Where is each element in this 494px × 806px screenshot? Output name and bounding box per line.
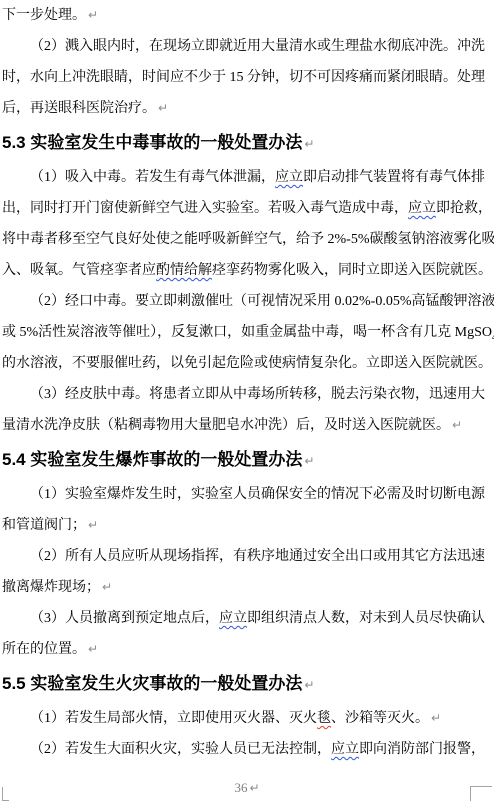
- text-run: 和管道阀门；: [2, 518, 86, 533]
- spelling-flagged-text: 毯: [317, 711, 331, 726]
- paragraph-mark-icon: ↵: [431, 711, 441, 725]
- body-line: （2）若发生大面积火灾，实验人员已无法控制，应立即向消防部门报警，: [2, 734, 492, 765]
- text-run: （2）溅入眼内时，在现场立即就近用大量清水或生理盐水彻底冲洗。冲洗: [30, 39, 485, 54]
- text-run: 5.3 实验室发生中毒事故的一般处置办法: [2, 133, 302, 152]
- text-run: 所在的位置。: [2, 642, 86, 657]
- text-run: 或 5%活性炭溶液等催吐），反复漱口，如重金属盐中毒，喝一杯含有几克 MgSO: [2, 325, 492, 340]
- body-line: （3）经皮肤中毒。将患者立即从中毒场所转移，脱去污染衣物，迅速用大: [2, 379, 492, 410]
- grammar-flagged-text: 应立: [219, 611, 247, 626]
- paragraph-mark-icon: ↵: [249, 781, 259, 795]
- body-line: （1）吸入中毒。若发生有毒气体泄漏，应立即启动排气装置将有毒气体排: [2, 162, 492, 193]
- body-line: 下一步处理。↵: [2, 0, 492, 31]
- body-line: （2）所有人员应听从现场指挥，有秩序地通过安全出口或用其它方法迅速: [2, 541, 492, 572]
- grammar-flagged-text: 应立: [408, 201, 436, 216]
- body-line: 所在的位置。↵: [2, 634, 492, 665]
- text-run: 下一步处理。: [2, 8, 86, 23]
- text-run: （2）经口中毒。要立即刺激催吐（可视情况采用 0.02%-0.05%高锰酸钾溶液: [30, 294, 494, 309]
- text-run: 将中毒者移至空气良好处使之能呼吸新鲜空气，给予 2%-5%碳酸氢钠溶液雾化吸: [2, 232, 494, 247]
- paragraph-mark-icon: ↵: [88, 642, 98, 656]
- text-run: 出，同时打开门窗使新鲜空气进入实验室。若吸入毒气造成中毒，: [2, 201, 408, 216]
- text-run: 撤离爆炸现场；: [2, 580, 100, 595]
- paragraph-mark-icon: ↵: [304, 678, 314, 692]
- text-run: （2）所有人员应听从现场指挥，有秩序地通过安全出口或用其它方法迅速: [30, 549, 485, 564]
- text-boundary-mark-bottom-left: [2, 787, 9, 801]
- text-run: 入、吸氧。气管痉挛者应: [2, 263, 156, 278]
- text-boundary-mark-bottom-right: [470, 786, 492, 801]
- text-run: 即启动排气装置将有毒气体排: [303, 170, 485, 185]
- grammar-flagged-text: 应立: [331, 742, 359, 757]
- body-line: （2）溅入眼内时，在现场立即就近用大量清水或生理盐水彻底冲洗。冲洗: [2, 31, 492, 62]
- body-line: 的水溶液，不要服催吐药，以免引起危险或使病情复杂化。立即送入医院就医。↵: [2, 348, 492, 379]
- text-run: （1）实验室爆炸发生时，实验室人员确保安全的情况下必需及时切断电源: [30, 487, 485, 502]
- document-page[interactable]: 下一步处理。↵（2）溅入眼内时，在现场立即就近用大量清水或生理盐水彻底冲洗。冲洗…: [0, 0, 494, 806]
- body-line: （2）经口中毒。要立即刺激催吐（可视情况采用 0.02%-0.05%高锰酸钾溶液: [2, 286, 492, 317]
- body-line: 时，水向上冲洗眼睛，时间应不少于 15 分钟，切不可因疼痛而紧闭眼睛。处理: [2, 62, 492, 93]
- text-run: 、沙箱等灭火。: [331, 711, 429, 726]
- grammar-flagged-text: 应立: [275, 170, 303, 185]
- body-line: 或 5%活性炭溶液等催吐），反复漱口，如重金属盐中毒，喝一杯含有几克 MgSO4: [2, 317, 492, 348]
- text-run: 即向消防部门报警，: [359, 742, 485, 757]
- paragraph-mark-icon: ↵: [102, 580, 112, 594]
- text-run: （1）若发生局部火情，立即使用灭火器、灭火: [30, 711, 317, 726]
- paragraph-mark-icon: ↵: [452, 418, 462, 432]
- paragraph-mark-icon: ↵: [88, 8, 98, 22]
- text-run: （3）经皮肤中毒。将患者立即从中毒场所转移，脱去污染衣物，迅速用大: [30, 387, 485, 402]
- paragraph-mark-icon: ↵: [88, 518, 98, 532]
- section-heading: 5.3 实验室发生中毒事故的一般处置办法↵: [2, 130, 492, 156]
- text-run: 量清水洗净皮肤（粘稠毒物用大量肥皂水冲洗）后，及时送入医院就医。: [2, 418, 450, 433]
- text-run: 时，水向上冲洗眼睛，时间应不少于 15 分钟，切不可因疼痛而紧闭眼睛。处理: [2, 70, 485, 85]
- text-run: 后，再送眼科医院治疗。: [2, 101, 156, 116]
- body-line: 和管道阀门；↵: [2, 510, 492, 541]
- body-line: （1）若发生局部火情，立即使用灭火器、灭火毯、沙箱等灭火。↵: [2, 703, 492, 734]
- text-run: 即组织清点人数，对未到人员尽快确认: [247, 611, 485, 626]
- text-run: （1）吸入中毒。若发生有毒气体泄漏，: [30, 170, 275, 185]
- paragraph-mark-icon: ↵: [158, 101, 168, 115]
- paragraph-mark-icon: ↵: [304, 137, 314, 151]
- body-line: 后，再送眼科医院治疗。↵: [2, 93, 492, 124]
- text-run: （2）若发生大面积火灾，实验人员已无法控制，: [30, 742, 331, 757]
- body-line: 将中毒者移至空气良好处使之能呼吸新鲜空气，给予 2%-5%碳酸氢钠溶液雾化吸: [2, 224, 492, 255]
- text-run: 5.5 实验室发生火灾事故的一般处置办法: [2, 674, 302, 693]
- section-heading: 5.4 实验室发生爆炸事故的一般处置办法↵: [2, 447, 492, 473]
- body-line: （1）实验室爆炸发生时，实验室人员确保安全的情况下必需及时切断电源: [2, 479, 492, 510]
- section-heading: 5.5 实验室发生火灾事故的一般处置办法↵: [2, 671, 492, 697]
- body-line: （3）人员撤离到预定地点后，应立即组织清点人数，对未到人员尽快确认: [2, 603, 492, 634]
- text-run: 的水溶液，不要服催吐药，以免引起危险或使病情复杂化。立即送入医院就医。: [2, 356, 492, 371]
- text-run: （3）人员撤离到预定地点后，: [30, 611, 219, 626]
- body-line: 入、吸氧。气管痉挛者应酌情给解痉挛药物雾化吸入，同时立即送入医院就医。↵: [2, 255, 492, 286]
- paragraph-mark-icon: ↵: [304, 454, 314, 468]
- body-line: 撤离爆炸现场；↵: [2, 572, 492, 603]
- document-body: 下一步处理。↵（2）溅入眼内时，在现场立即就近用大量清水或生理盐水彻底冲洗。冲洗…: [0, 0, 494, 765]
- page-number: 36: [234, 781, 247, 795]
- text-run: 5.4 实验室发生爆炸事故的一般处置办法: [2, 450, 302, 469]
- grammar-flagged-text: 酌情给解: [156, 263, 212, 278]
- text-run: 痉挛药物雾化吸入，同时立即送入医院就医。: [212, 263, 492, 278]
- page-footer: 36↵: [0, 765, 494, 806]
- body-line: 出，同时打开门窗使新鲜空气进入实验室。若吸入毒气造成中毒，应立即抢救，: [2, 193, 492, 224]
- text-run: 即抢救，: [436, 201, 492, 216]
- body-line: 量清水洗净皮肤（粘稠毒物用大量肥皂水冲洗）后，及时送入医院就医。↵: [2, 410, 492, 441]
